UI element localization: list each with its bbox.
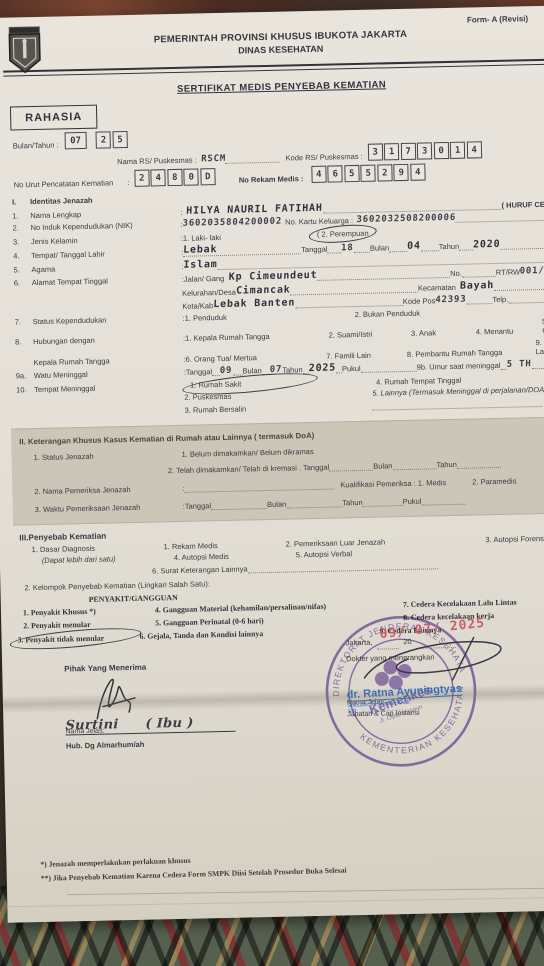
dotted-line bbox=[286, 497, 342, 508]
death-place-option-3: 3. Rumah Bersalin bbox=[184, 401, 372, 414]
rtrw-label: RT/RW bbox=[496, 267, 521, 277]
tanggal-label: Tanggal bbox=[301, 245, 327, 255]
house-number-label: No. bbox=[450, 269, 462, 278]
row-label: 1. Status Jenazah bbox=[20, 450, 182, 463]
dotted-line bbox=[500, 239, 544, 250]
row-pemeriksa: 2. Nama Pemeriksa Jenazah : Kualifikasi … bbox=[20, 475, 544, 497]
full-name-value: HILYA NAURIL FATIHAH bbox=[186, 202, 323, 216]
examiner-qualification-label: Kualifikasi Pemeriksa : 1. Medis bbox=[340, 478, 446, 489]
month-year-label: Bulan/Tahun : bbox=[13, 140, 59, 150]
examiner-option-paramedis: 2. Paramedis bbox=[472, 477, 516, 487]
row-label: Tempat Meninggal bbox=[34, 381, 184, 393]
dotted-line bbox=[354, 243, 370, 253]
record-number-box: 8 bbox=[167, 169, 182, 186]
row-number: 4. bbox=[13, 251, 31, 260]
confidential-stamp: RAHASIA bbox=[10, 105, 98, 131]
row-label: Agama bbox=[31, 261, 181, 273]
medical-record-box: 6 bbox=[328, 165, 343, 182]
year-box: 2 bbox=[96, 131, 111, 148]
district-value: Bayah bbox=[460, 280, 494, 292]
tahun-label: Tahun bbox=[436, 460, 457, 469]
dotted-line bbox=[361, 362, 417, 373]
dotted-line bbox=[494, 279, 544, 291]
city-label: Kota/Kab bbox=[182, 301, 213, 311]
birth-year-value: 2020 bbox=[473, 239, 501, 251]
footnotes: *) Jenazah memperlakukan perlakuan khusu… bbox=[40, 850, 347, 887]
bulan-label: Bulan bbox=[373, 461, 392, 470]
gender-option-female-circled: ( 2. Perempuan bbox=[311, 227, 375, 239]
dotted-line bbox=[457, 458, 501, 469]
record-number-box: 0 bbox=[184, 168, 199, 185]
medical-record-box: 4 bbox=[311, 166, 326, 183]
row-number: 6. bbox=[14, 278, 32, 287]
dotted-line bbox=[392, 459, 436, 470]
year-box: 5 bbox=[112, 131, 127, 148]
row-label: Status Kependudukan bbox=[33, 313, 183, 325]
burial-option-1: 1. Belum dimakamkan/ Belum dikramas bbox=[181, 447, 313, 459]
relation-option-6: 6. Orang Tua/ Mertua bbox=[185, 351, 326, 363]
row-number: 5. bbox=[13, 265, 31, 274]
photo-of-document: Form- A (Revisi) PEMERINTAH PROVINSI KHU… bbox=[0, 0, 544, 966]
district-label: Kecamatan bbox=[418, 282, 456, 292]
dotted-line bbox=[455, 211, 544, 223]
birth-month-value: 04 bbox=[407, 241, 421, 252]
relation-option-2: 2. Suami/Istri bbox=[329, 329, 411, 340]
dotted-line bbox=[211, 499, 267, 510]
dotted-line bbox=[421, 495, 465, 506]
cause-option-3-circled: 3. Penyakit tidak menular bbox=[11, 631, 139, 645]
village-label: Kelurahan/Desa bbox=[182, 287, 236, 297]
medical-record-box: 2 bbox=[377, 164, 392, 181]
relation-option-7: 7. Famili Lain bbox=[326, 349, 407, 360]
section1-number: I. bbox=[12, 197, 30, 206]
burial-option-2: 2. Telah dimakamkan/ Telah di kremasi . … bbox=[168, 463, 330, 476]
phone-label: Telp. bbox=[492, 295, 508, 304]
record-number-row: No Urut Pencatatan Kematian : 2 4 8 0 D … bbox=[13, 161, 544, 190]
dotted-line bbox=[466, 294, 492, 305]
facility-name-value: RSCM bbox=[201, 154, 226, 165]
disease-subheading: PENYAKIT/GANGGUAN bbox=[15, 592, 209, 605]
death-day-value: 09 bbox=[220, 366, 233, 376]
cause-option-3: 3. Penyakit tidak menular bbox=[17, 633, 104, 644]
receiver-relation-label: Hub. Dg Almarhum/ah bbox=[66, 736, 286, 750]
pukul-label: Pukul bbox=[403, 497, 422, 506]
diagnosis-option-4: 4. Autopsi Medis bbox=[174, 550, 296, 562]
death-record-number-label: No Urut Pencatatan Kematian bbox=[14, 178, 114, 189]
death-place-option-5: 5. Lainnya (Termasuk Meninggal di perjal… bbox=[372, 385, 544, 398]
cause-option-1: 1. Penyakit Khusus *) bbox=[15, 605, 155, 617]
cause-option-2: 2. Penyakit menular bbox=[15, 618, 155, 630]
row-number: 9a. bbox=[16, 371, 34, 380]
facility-code-box: 3 bbox=[417, 142, 432, 159]
village-value: Cimancak bbox=[236, 284, 291, 296]
section-identitas-jenazah: I. Identitas Jenazah 1. Nama Lengkap : H… bbox=[6, 186, 544, 419]
row-label-cont: Kepala Rumah Tangga bbox=[33, 354, 183, 366]
facility-code-box: 0 bbox=[433, 142, 448, 159]
section3-heading: III.Penyebab Kematian bbox=[19, 532, 106, 543]
cause-group-label: 2. Kelompok Penyebab Kematian (Lingkari … bbox=[20, 579, 210, 592]
diagnosis-option-5: 5. Autopsi Verbal bbox=[296, 549, 352, 559]
row-label: Tempat/ Tanggal Lahir bbox=[31, 248, 181, 260]
dotted-line bbox=[329, 461, 373, 472]
postcode-value: 42393 bbox=[435, 295, 466, 306]
facility-code-box: 3 bbox=[367, 143, 382, 160]
row-label: 2. Nama Pemeriksa Jenazah bbox=[20, 484, 182, 497]
cause-option-4: 4. Gangguan Material (kehamilan/persalin… bbox=[155, 600, 403, 614]
row-label: 3. Waktu Pemeriksaan Jenazah bbox=[21, 502, 183, 515]
row-number: 3. bbox=[13, 237, 31, 246]
row-label: Nama Lengkap bbox=[30, 207, 180, 219]
header-divider bbox=[3, 59, 544, 77]
row-label: Watu Meninggal bbox=[34, 368, 184, 380]
residency-option-1: 1. Penduduk bbox=[185, 310, 355, 323]
row-waktu-pemeriksaan: 3. Waktu Pemeriksaan Jenazah : Tanggal B… bbox=[21, 493, 544, 515]
death-place-option-4: 4. Rumah Tempat Tinggal bbox=[376, 375, 462, 386]
city-value: Lebak Banten bbox=[213, 297, 295, 310]
family-card-value: 3602032508200006 bbox=[356, 213, 456, 225]
relation-option-3: 3. Anak bbox=[411, 327, 476, 337]
dotted-line bbox=[232, 366, 242, 376]
row-label: Jenis Kelamin bbox=[31, 233, 181, 245]
diagnosis-option-6: 6. Surat Keterangan Lainnya bbox=[152, 564, 248, 575]
religion-value: Islam bbox=[183, 259, 217, 271]
month-box: 07 bbox=[64, 132, 86, 149]
street-value: Kp Cimeundeut bbox=[228, 270, 317, 283]
receiver-relation-handwritten: ( Ibu ) bbox=[145, 715, 194, 731]
relation-option-8: 8. Pembantu Rumah Tangga bbox=[407, 347, 536, 359]
pukul-label: Pukul bbox=[342, 364, 361, 373]
dotted-line bbox=[226, 153, 280, 164]
facility-code-box: 4 bbox=[466, 141, 481, 158]
row-number: 2. bbox=[12, 223, 30, 232]
dotted-line bbox=[290, 282, 418, 295]
diagnosis-basis-label: 1. Dasar Diagnosis bbox=[20, 542, 164, 554]
gender-option-female: ( 2. Perempuan bbox=[317, 228, 369, 238]
dotted-line bbox=[317, 268, 450, 281]
record-number-box: 2 bbox=[134, 170, 149, 187]
facility-code-box: 7 bbox=[400, 143, 415, 160]
nik-value: 3602035804200002 bbox=[182, 217, 282, 229]
diagnosis-basis-note: (Dapat lebih dari satu) bbox=[20, 553, 174, 565]
jakarta-emblem-icon bbox=[6, 25, 43, 81]
age-at-death-value: 5 TH bbox=[506, 359, 531, 370]
facility-code-label: Kode RS/ Puskesmas : bbox=[286, 152, 363, 163]
record-number-box: 4 bbox=[151, 169, 166, 186]
dotted-line bbox=[459, 240, 473, 250]
diagnosis-option-1: 1. Rekam Medis bbox=[163, 539, 285, 551]
dotted-line bbox=[421, 241, 439, 251]
row-label: No Induk Kependudukan (NIK) bbox=[30, 220, 180, 232]
rtrw-value: 001/001 bbox=[520, 265, 544, 276]
death-certificate-document: Form- A (Revisi) PEMERINTAH PROVINSI KHU… bbox=[0, 5, 544, 923]
section-keterangan-khusus: II. Keterangan Khusus Kasus Kematian di … bbox=[11, 416, 544, 526]
bulan-label: Bulan bbox=[370, 243, 389, 252]
gender-option-male: 1. Laki- laki bbox=[183, 231, 311, 243]
dotted-line bbox=[184, 480, 334, 493]
bulan-label: Bulan bbox=[267, 500, 286, 509]
row-label: Alamat Tempat Tinggal bbox=[32, 275, 182, 287]
row-number: 8. bbox=[15, 337, 33, 346]
row-number: 10. bbox=[16, 385, 34, 394]
medical-record-box: 5 bbox=[344, 165, 359, 182]
medical-record-label: No Rekam Medis : bbox=[239, 174, 304, 184]
death-year-value: 2025 bbox=[308, 362, 336, 374]
dotted-line bbox=[295, 296, 403, 308]
dotted-line bbox=[327, 243, 341, 253]
dotted-line bbox=[389, 242, 407, 252]
birth-place-value: Lebak bbox=[183, 242, 301, 257]
tanggal-label: Tanggal bbox=[185, 501, 211, 511]
dotted-line bbox=[323, 199, 502, 213]
dotted-line bbox=[531, 358, 544, 369]
medical-record-box: 9 bbox=[394, 164, 409, 181]
dotted-line bbox=[247, 559, 437, 573]
age-at-death-label: 9b. Umur saat meninggal bbox=[417, 361, 501, 372]
facility-code-box: 1 bbox=[450, 142, 465, 159]
row-label: Hubungan dengan bbox=[33, 334, 183, 346]
form-code: Form- A (Revisi) bbox=[467, 14, 528, 24]
section2-heading: II. Keterangan Khusus Kasus Kematian di … bbox=[19, 431, 314, 446]
row-number: 7. bbox=[15, 317, 33, 326]
tanggal-label: Tanggal bbox=[186, 367, 212, 377]
residency-option-2: 2. Bukan Penduduk bbox=[355, 308, 421, 318]
death-place-option-1-circled: 1. Rumah Sakit bbox=[184, 376, 316, 390]
facility-name-label: Nama RS/ Puskesmas : bbox=[117, 155, 197, 166]
postcode-label: Kode Pos bbox=[403, 296, 436, 306]
death-place-option-1: 1. Rumah Sakit bbox=[190, 379, 241, 389]
tahun-label: Tahun bbox=[342, 498, 363, 507]
medical-record-box: 4 bbox=[410, 163, 425, 180]
section1-heading: Identitas Jenazah bbox=[30, 196, 93, 206]
relation-option-4: 4. Menantu bbox=[476, 326, 543, 336]
dotted-line bbox=[363, 496, 403, 507]
row-number: 1. bbox=[12, 211, 30, 220]
relation-option-1: 1. Kepala Rumah Tangga bbox=[185, 331, 329, 343]
signature-zone: DIREKTORAT JENDERAL KESEHATAN KEMENTERIA… bbox=[16, 639, 544, 809]
record-number-box: D bbox=[200, 168, 215, 185]
diagnosis-option-3: 3. Autopsi Forensik bbox=[485, 533, 544, 543]
tahun-label: Tahun bbox=[439, 242, 460, 251]
relation-option-9: 9. Lainnya bbox=[535, 337, 544, 356]
receiver-name-handwritten: Surtini bbox=[65, 717, 119, 733]
dotted-line bbox=[462, 267, 496, 278]
huruf-cetak-note: ( HURUF CETAK) bbox=[501, 199, 544, 209]
facility-code-box: 1 bbox=[384, 143, 399, 160]
birth-day-value: 18 bbox=[341, 243, 354, 253]
dotted-line bbox=[372, 396, 542, 410]
medical-record-box: 5 bbox=[361, 165, 376, 182]
street-label: Jalan/ Gang bbox=[184, 274, 225, 284]
dotted-line bbox=[508, 292, 544, 303]
